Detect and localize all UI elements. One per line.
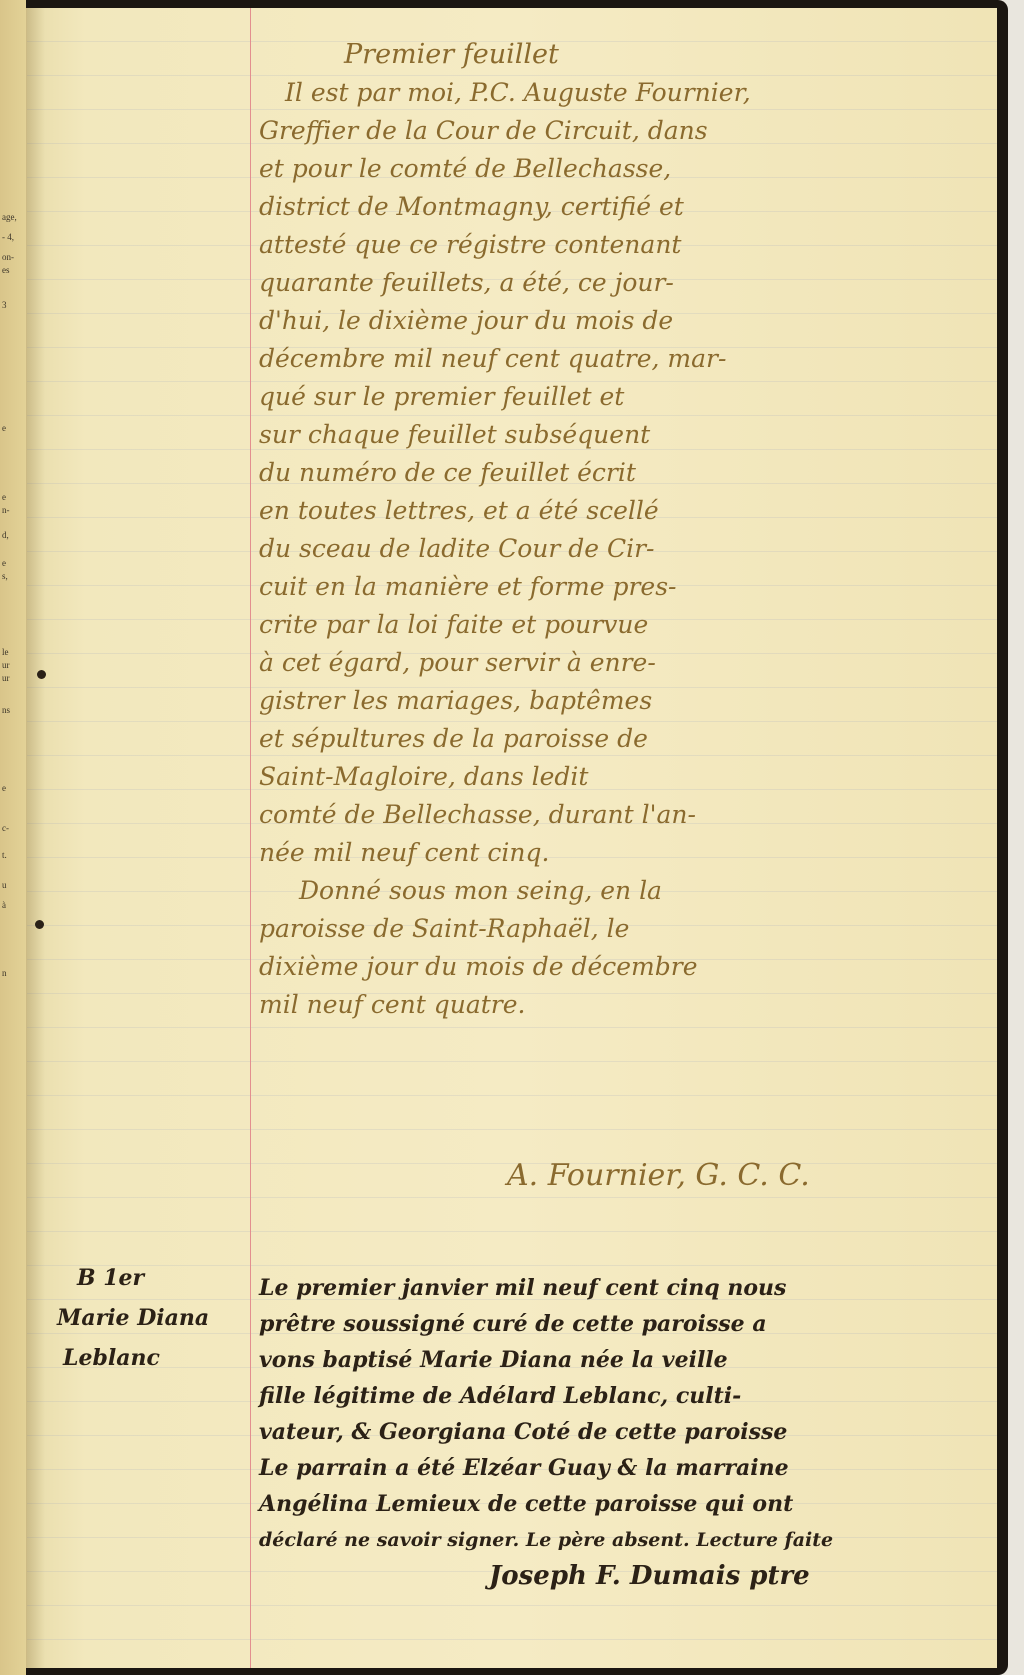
left-page-text: e: [2, 558, 6, 568]
left-page-text: 3: [2, 300, 7, 310]
binding-hole: [37, 670, 46, 679]
cert-line: paroisse de Saint-Raphaël, le: [259, 910, 751, 948]
cert-line: comté de Bellechasse, durant l'an-: [259, 796, 751, 834]
left-page-text: n: [2, 968, 7, 978]
left-page-text: - 4,: [2, 232, 14, 242]
margin-rule: [250, 8, 251, 1668]
left-page-text: es: [2, 265, 10, 275]
entry-line: prêtre soussigné curé de cette paroisse …: [259, 1306, 833, 1342]
binding-shadow: [27, 8, 45, 1668]
cert-line: dixième jour du mois de décembre: [259, 948, 751, 986]
entry-name-surname: Leblanc: [57, 1338, 209, 1378]
certificate-title: Premier feuillet: [259, 36, 751, 74]
left-page-edge: age, - 4, on- es 3 e e n- d, e s, le ur …: [0, 0, 26, 1675]
entry-name-given: Marie Diana: [57, 1298, 209, 1338]
cert-line: en toutes lettres, et a été scellé: [259, 492, 751, 530]
priest-signature: Joseph F. Dumais ptre: [259, 1558, 833, 1594]
cert-line: qué sur le premier feuillet et: [259, 378, 751, 416]
left-page-text: ur: [2, 660, 10, 670]
cert-line: gistrer les mariages, baptêmes: [259, 682, 751, 720]
entry-line: Le premier janvier mil neuf cent cinq no…: [259, 1270, 833, 1306]
cert-line: attesté que ce régistre contenant: [259, 226, 751, 264]
left-page-text: e: [2, 423, 6, 433]
left-page-text: ns: [2, 705, 10, 715]
entry-number: B 1er: [57, 1258, 209, 1298]
cert-line: Greffier de la Cour de Circuit, dans: [259, 112, 751, 150]
left-page-text: u: [2, 880, 7, 890]
clerk-signature: A. Fournier, G. C. C.: [507, 1158, 810, 1193]
baptism-entry: Le premier janvier mil neuf cent cinq no…: [259, 1270, 833, 1594]
left-page-text: le: [2, 647, 9, 657]
cert-line: quarante feuillets, a été, ce jour-: [259, 264, 751, 302]
entry-line: vateur, & Georgiana Coté de cette parois…: [259, 1414, 833, 1450]
cert-line: née mil neuf cent cinq.: [259, 834, 751, 872]
cert-line: du sceau de ladite Cour de Cir-: [259, 530, 751, 568]
left-page-text: c-: [2, 823, 9, 833]
cert-line: du numéro de ce feuillet écrit: [259, 454, 751, 492]
cert-line: crite par la loi faite et pourvue: [259, 606, 751, 644]
left-page-text: ur: [2, 673, 10, 683]
cert-line: et pour le comté de Bellechasse,: [259, 150, 751, 188]
entry-margin: B 1er Marie Diana Leblanc: [57, 1258, 209, 1378]
entry-line: Angélina Lemieux de cette paroisse qui o…: [259, 1486, 833, 1522]
cert-line: Donné sous mon seing, en la: [259, 872, 751, 910]
left-page-text: on-: [2, 252, 14, 262]
entry-line: fille légitime de Adélard Leblanc, culti…: [259, 1378, 833, 1414]
left-page-text: d,: [2, 530, 9, 540]
left-page-text: age,: [2, 212, 17, 222]
certificate-text: Premier feuillet Il est par moi, P.C. Au…: [259, 36, 751, 1024]
entry-line: vons baptisé Marie Diana née la veille: [259, 1342, 833, 1378]
entry-line: déclaré ne savoir signer. Le père absent…: [259, 1522, 833, 1558]
cert-line: district de Montmagny, certifié et: [259, 188, 751, 226]
left-page-text: e: [2, 783, 6, 793]
cert-line: et sépultures de la paroisse de: [259, 720, 751, 758]
cert-line: sur chaque feuillet subséquent: [259, 416, 751, 454]
cert-line: Saint-Magloire, dans ledit: [259, 758, 751, 796]
left-page-text: e: [2, 492, 6, 502]
register-page: Premier feuillet Il est par moi, P.C. Au…: [26, 8, 997, 1668]
left-page-text: t.: [2, 850, 7, 860]
entry-line: Le parrain a été Elzéar Guay & la marrai…: [259, 1450, 833, 1486]
cert-line: mil neuf cent quatre.: [259, 986, 751, 1024]
cert-line: à cet égard, pour servir à enre-: [259, 644, 751, 682]
binding-hole: [35, 920, 44, 929]
cert-line: Il est par moi, P.C. Auguste Fournier,: [259, 74, 751, 112]
left-page-text: s,: [2, 571, 8, 581]
cert-line: d'hui, le dixième jour du mois de: [259, 302, 751, 340]
cert-line: décembre mil neuf cent quatre, mar-: [259, 340, 751, 378]
left-page-text: à: [2, 900, 6, 910]
cert-line: cuit en la manière et forme pres-: [259, 568, 751, 606]
left-page-text: n-: [2, 505, 10, 515]
